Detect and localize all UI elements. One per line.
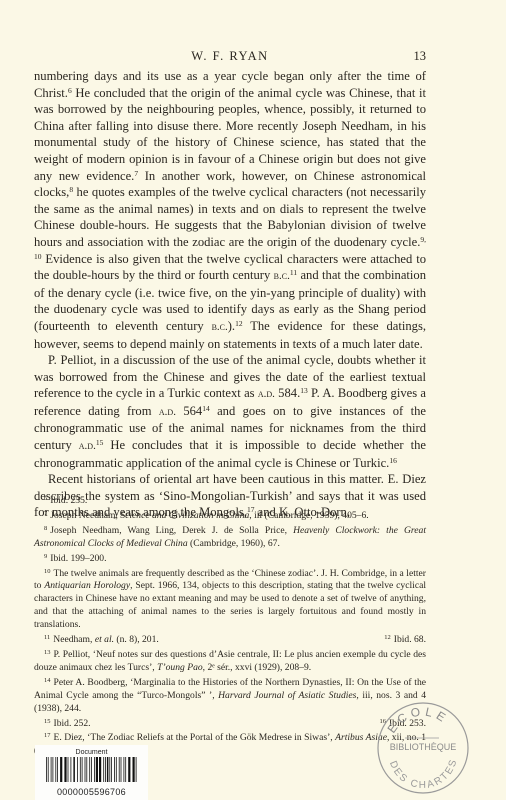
page-number: 13 (414, 49, 427, 64)
svg-text:ECOLE: ECOLE (384, 704, 451, 735)
title-italic: et al. (95, 634, 114, 645)
footnote-item: 11Needham, et al. (n. 8), 201. (34, 632, 159, 647)
footnote-ref: 14 (202, 404, 210, 413)
era-abbrev: a.d. (79, 440, 96, 452)
footnote: 14Peter A. Boodberg, ‘Marginalia to the … (34, 675, 426, 716)
footnote-number: 8 (44, 525, 47, 532)
svg-text:BIBLIOTHÈQUE: BIBLIOTHÈQUE (390, 742, 457, 752)
era-abbrev: a.d. (258, 388, 275, 400)
barcode-number: 0000005596706 (35, 787, 148, 797)
footnote: 10The twelve animals are frequently desc… (34, 566, 426, 633)
title-italic: Harvard Journal of Asiatic Studies (218, 690, 356, 701)
footnote-number: 12 (384, 634, 391, 641)
footnote-ref: 12 (235, 319, 243, 328)
footnote: 13P. Pelliot, ‘Neuf notes sur des questi… (34, 647, 426, 675)
footnote-ref: 13 (300, 386, 308, 395)
footnote-ref: 9, 10 (34, 235, 426, 261)
barcode-label: Document 0000005596706 (35, 745, 148, 800)
title-italic: Heavenly Clockwork: the Great Astronomic… (34, 525, 426, 549)
body-text: numbering days and its use as a year cyc… (34, 68, 426, 521)
scanned-page: W. F. RYAN 13 numbering days and its use… (0, 0, 506, 800)
era-abbrev: a.d. (159, 406, 176, 418)
paragraph: numbering days and its use as a year cyc… (34, 68, 426, 352)
footnote-number: 6 (44, 495, 47, 502)
era-abbrev: b.c. (212, 321, 228, 333)
footnote-number: 11 (44, 634, 50, 641)
running-head-author: W. F. RYAN (34, 49, 426, 64)
barcode-title: Document (35, 749, 148, 756)
footnote-ref: 8 (69, 185, 73, 194)
footnote-ref: 7 (134, 169, 138, 178)
footnote-number: 17 (44, 732, 51, 739)
footnote: 7Joseph Needham, Science and Civilizatio… (34, 508, 426, 523)
footnote: 8Joseph Needham, Wang Ling, Derek J. de … (34, 523, 426, 551)
footnote-number: 10 (44, 568, 51, 575)
barcode-icon (46, 757, 138, 782)
footnote: 11Needham, et al. (n. 8), 201.12Ibid. 68… (34, 632, 426, 647)
footnote-number: 9 (44, 553, 47, 560)
footnote: 6Ibid. 235. (34, 493, 426, 508)
title-italic: Antiquarian Horology (44, 580, 130, 591)
paragraph: P. Pelliot, in a discussion of the use o… (34, 352, 426, 471)
footnote-number: 15 (44, 718, 51, 725)
running-head: W. F. RYAN 13 (34, 49, 426, 65)
title-italic: Science and Civilization in China (120, 510, 249, 521)
footnote: 9Ibid. 199–200. (34, 551, 426, 566)
era-abbrev: b.c. (274, 270, 290, 282)
footnote-item: 15Ibid. 252. (34, 716, 91, 731)
library-stamp-icon: ECOLE BIBLIOTHÈQUE DES CHARTES (375, 700, 471, 796)
footnotes: 6Ibid. 235.7Joseph Needham, Science and … (34, 493, 426, 758)
footnote-ref: 16 (389, 456, 397, 465)
footnote-ref: 6 (68, 86, 72, 95)
footnote-ref: 15 (96, 438, 104, 447)
footnote-number: 7 (44, 510, 47, 517)
title-italic: T’oung Pao (157, 662, 203, 673)
footnote-number: 14 (44, 677, 51, 684)
footnote-number: 13 (44, 649, 51, 656)
footnote-item: 12Ibid. 68. (374, 632, 426, 647)
footnote: 15Ibid. 252.16Ibid. 253. (34, 716, 426, 731)
footnote-ref: 11 (290, 268, 297, 277)
